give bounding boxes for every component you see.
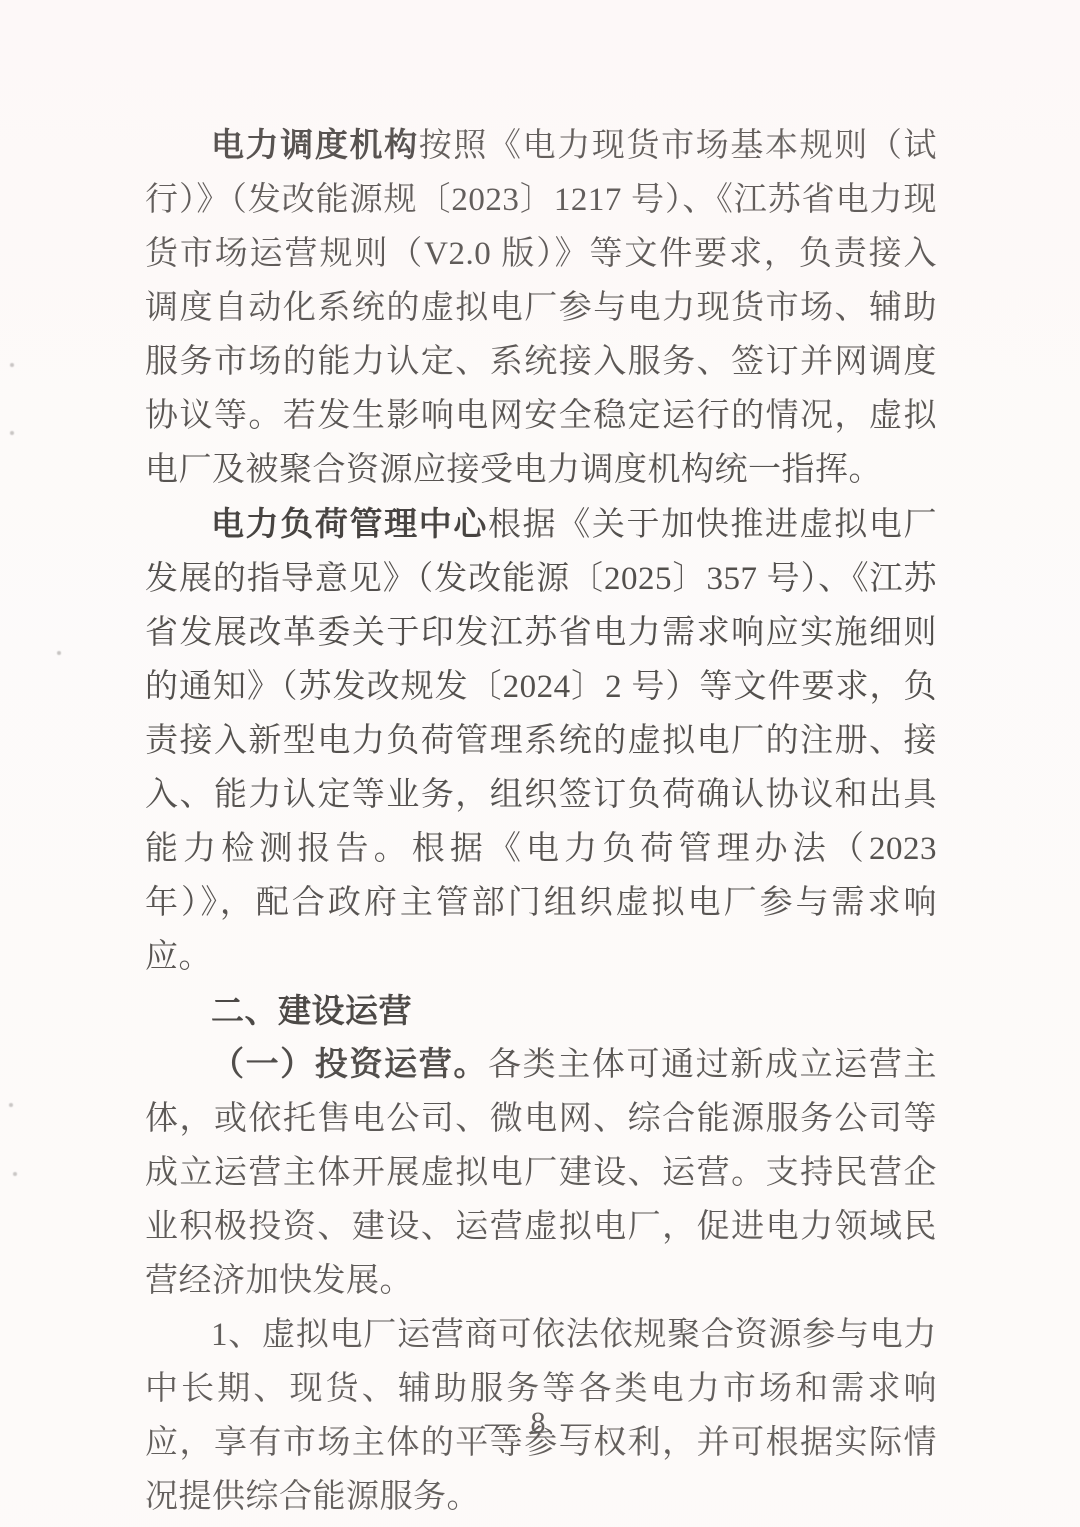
paragraph-dispatch-agency: 电力调度机构按照《电力现货市场基本规则（试行）》（发改能源规〔2023〕1217… (145, 118, 937, 497)
scan-speck (10, 363, 14, 367)
scan-speck (57, 651, 61, 655)
paragraph-investment-operation: （一）投资运营。各类主体可通过新成立运营主体，或依托售电公司、微电网、综合能源服… (145, 1038, 937, 1308)
paragraph-body-text: 按照《电力现货市场基本规则（试行）》（发改能源规〔2023〕1217 号）、《江… (145, 128, 937, 488)
section-heading-construction-operation: 二、建设运营 (145, 984, 937, 1038)
page-number: — 8 — (0, 1406, 1080, 1440)
paragraph-lead-bold: 电力负荷管理中心 (211, 505, 488, 542)
document-body: 电力调度机构按照《电力现货市场基本规则（试行）》（发改能源规〔2023〕1217… (145, 118, 937, 1524)
paragraph-lead-bold: 电力调度机构 (211, 126, 419, 163)
scan-speck (13, 1172, 17, 1176)
scan-speck (10, 431, 14, 435)
document-page: 电力调度机构按照《电力现货市场基本规则（试行）》（发改能源规〔2023〕1217… (0, 0, 1080, 1527)
paragraph-body-text: 各类主体可通过新成立运营主体，或依托售电公司、微电网、综合能源服务公司等成立运营… (145, 1047, 937, 1299)
paragraph-load-management-center: 电力负荷管理中心根据《关于加快推进虚拟电厂发展的指导意见》（发改能源〔2025〕… (145, 497, 937, 984)
paragraph-body-text: 根据《关于加快推进虚拟电厂发展的指导意见》（发改能源〔2025〕357 号）、《… (145, 507, 937, 975)
scan-speck (9, 1103, 13, 1107)
paragraph-lead-bold: （一）投资运营。 (211, 1047, 488, 1083)
